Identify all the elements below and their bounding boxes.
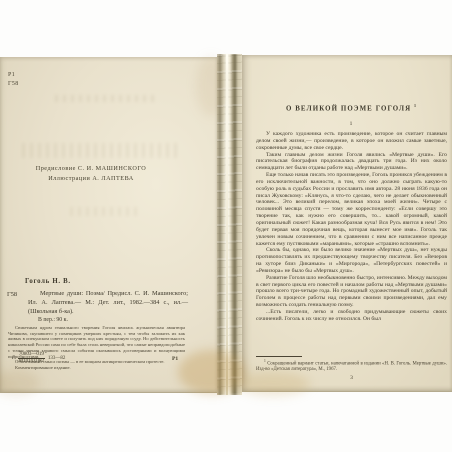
colophon-fraction: 70803—019 М101(03)82 xyxy=(18,352,45,366)
colophon-prefix: Г xyxy=(12,356,15,361)
article-title-text: О ВЕЛИКОЙ ПОЭМЕ ГОГОЛЯ xyxy=(286,105,411,112)
open-book-scan: Р1 Г58 Предисловие С. И. МАШИНСКОГО Иллю… xyxy=(0,0,452,452)
library-code-line: Р1 xyxy=(8,71,19,80)
footnote-mark: 1 xyxy=(264,359,266,363)
book-spread: Р1 Г58 Предисловие С. И. МАШИНСКОГО Иллю… xyxy=(0,54,452,396)
library-code-line: Г58 xyxy=(8,80,19,89)
left-page: Р1 Г58 Предисловие С. И. МАШИНСКОГО Иллю… xyxy=(0,57,217,393)
book-gutter xyxy=(217,54,242,395)
title-footnote-mark: 1 xyxy=(414,103,416,108)
body-paragraph: У каждого художника есть произведение, к… xyxy=(256,131,447,152)
body-paragraph: Еще только начав писать это произведение… xyxy=(256,172,447,247)
article-title: О ВЕЛИКОЙ ПОЭМЕ ГОГОЛЯ 1 xyxy=(256,103,446,112)
body-paragraph: Таким главным делом жизни Гоголя явились… xyxy=(256,152,447,173)
body-paragraph: Сколь бы, однако, ни было велико значени… xyxy=(256,247,447,274)
article-body: У каждого художника есть произведение, к… xyxy=(256,131,447,355)
footnote: 1 Сокращенный вариант статьи, напечатанн… xyxy=(256,359,447,373)
bibliographic-entry: Мертвые души: Поэма/ Предисл. С. И. Маши… xyxy=(28,290,188,316)
colophon-index: Г 70803—019 М101(03)82 133—82 xyxy=(12,352,65,366)
edition-credits: Предисловие С. И. МАШИНСКОГО Иллюстрации… xyxy=(8,164,174,184)
show-through-smudge xyxy=(55,95,155,102)
colophon-denominator: М101(03)82 xyxy=(18,359,45,365)
page-number: 3 xyxy=(256,375,447,381)
preface-credit: Предисловие С. И. МАШИНСКОГО xyxy=(8,164,174,174)
colophon-classification: Р1 xyxy=(172,356,178,362)
show-through-smudge xyxy=(22,143,182,158)
illustration-credit: Иллюстрации А. ЛАПТЕВА xyxy=(8,174,174,184)
library-classification-codes: Р1 Г58 xyxy=(8,71,19,89)
price-line: В пер.: 90 к. xyxy=(38,317,68,323)
body-paragraph: Развитие Гоголя шло необыкновенно быстро… xyxy=(256,275,447,309)
section-number: 1 xyxy=(256,121,446,127)
footnote-rule xyxy=(256,356,302,357)
body-paragraph: ...Есть писатели, легко и свободно приду… xyxy=(256,309,447,323)
right-page: О ВЕЛИКОЙ ПОЭМЕ ГОГОЛЯ 1 1 У каждого худ… xyxy=(242,55,452,392)
colophon-numerator: 70803—019 xyxy=(18,352,45,359)
colophon-suffix: 133—82 xyxy=(48,356,66,361)
catalog-code: Г58 xyxy=(7,291,17,298)
footnote-text: Сокращенный вариант статьи, напечатанной… xyxy=(256,362,447,373)
bibliographic-author: Гоголь Н. В. xyxy=(25,278,71,285)
show-through-smudge xyxy=(70,207,140,216)
